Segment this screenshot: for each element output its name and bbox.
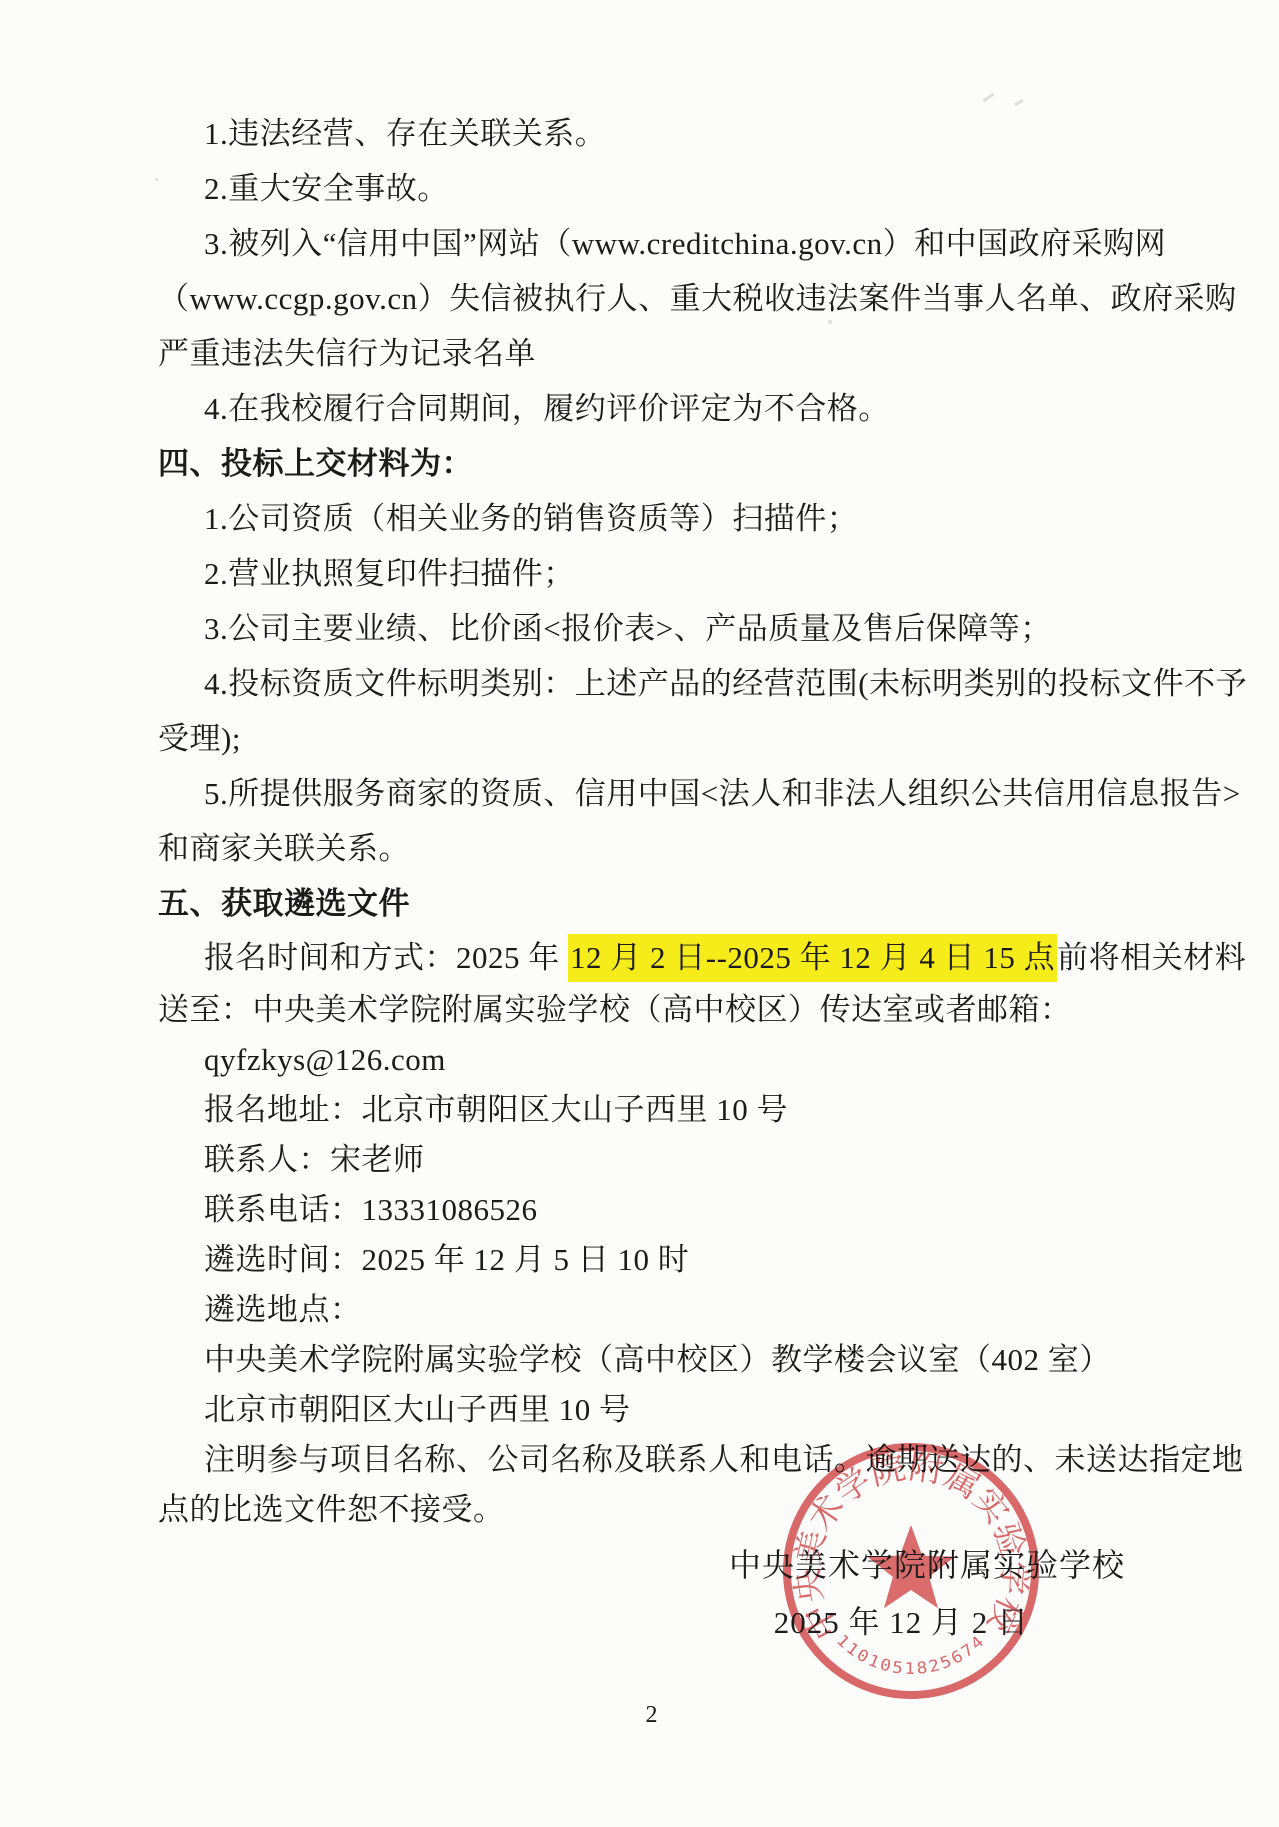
doc-line: （www.ccgp.gov.cn）失信被执行人、重大税收违法案件当事人名单、政府… <box>158 271 1120 326</box>
doc-line: 2.重大安全事故。 <box>158 161 1120 216</box>
doc-line: 遴选时间：2025 年 12 月 5 日 10 时 <box>158 1235 1120 1285</box>
doc-line: 联系电话：13331086526 <box>158 1185 1120 1235</box>
highlighted-date-range: 12 月 2 日--2025 年 12 月 4 日 15 点 <box>568 934 1057 982</box>
email-text: qyfzkys@126.com <box>158 1035 1120 1085</box>
signup-suffix: 前将相关材料 <box>1057 940 1246 975</box>
doc-line: 2.营业执照复印件扫描件； <box>158 546 1120 601</box>
doc-line: 1.公司资质（相关业务的销售资质等）扫描件； <box>158 491 1120 546</box>
document-page: 1.违法经营、存在关联关系。 2.重大安全事故。 3.被列入“信用中国”网站（w… <box>0 0 1279 1827</box>
signature-org: 中央美术学院附属实验学校 <box>729 1540 1125 1586</box>
page-number: 2 <box>628 1702 676 1729</box>
doc-line: 4.在我校履行合同期间，履约评价评定为不合格。 <box>158 381 1120 436</box>
signature-date: 2025 年 12 月 2 日 <box>774 1597 1029 1642</box>
signup-time-line: 报名时间和方式：2025 年 12 月 2 日--2025 年 12 月 4 日… <box>158 931 1120 985</box>
doc-line: 送至：中央美术学院附属实验学校（高中校区）传达室或者邮箱： <box>158 985 1120 1035</box>
doc-line: 和商家关联关系。 <box>158 821 1120 876</box>
section5-heading: 五、获取遴选文件 <box>158 876 1120 931</box>
doc-line: 中央美术学院附属实验学校（高中校区）教学楼会议室（402 室） <box>158 1335 1120 1385</box>
doc-line: 3.公司主要业绩、比价函<报价表>、产品质量及售后保障等； <box>158 601 1120 656</box>
doc-line: 1.违法经营、存在关联关系。 <box>158 106 1120 161</box>
document-body: 1.违法经营、存在关联关系。 2.重大安全事故。 3.被列入“信用中国”网站（w… <box>158 106 1120 1535</box>
scan-artifact <box>828 320 832 324</box>
doc-line: 5.所提供服务商家的资质、信用中国<法人和非法人组织公共信用信息报告> <box>158 766 1120 821</box>
scan-artifact <box>982 93 994 103</box>
doc-line: 3.被列入“信用中国”网站（www.creditchina.gov.cn）和中国… <box>158 216 1120 271</box>
doc-line: 受理); <box>158 711 1120 766</box>
doc-line: 严重违法失信行为记录名单 <box>158 326 1120 381</box>
signup-prefix: 报名时间和方式：2025 年 <box>204 940 568 975</box>
doc-line: 遴选地点： <box>158 1285 1120 1335</box>
doc-line: 报名地址：北京市朝阳区大山子西里 10 号 <box>158 1085 1120 1135</box>
doc-line: 北京市朝阳区大山子西里 10 号 <box>158 1385 1120 1435</box>
doc-line: 联系人：宋老师 <box>158 1135 1120 1185</box>
section4-heading: 四、投标上交材料为： <box>158 436 1120 491</box>
scan-artifact <box>155 178 158 181</box>
doc-line: 4.投标资质文件标明类别：上述产品的经营范围(未标明类别的投标文件不予 <box>158 656 1120 711</box>
